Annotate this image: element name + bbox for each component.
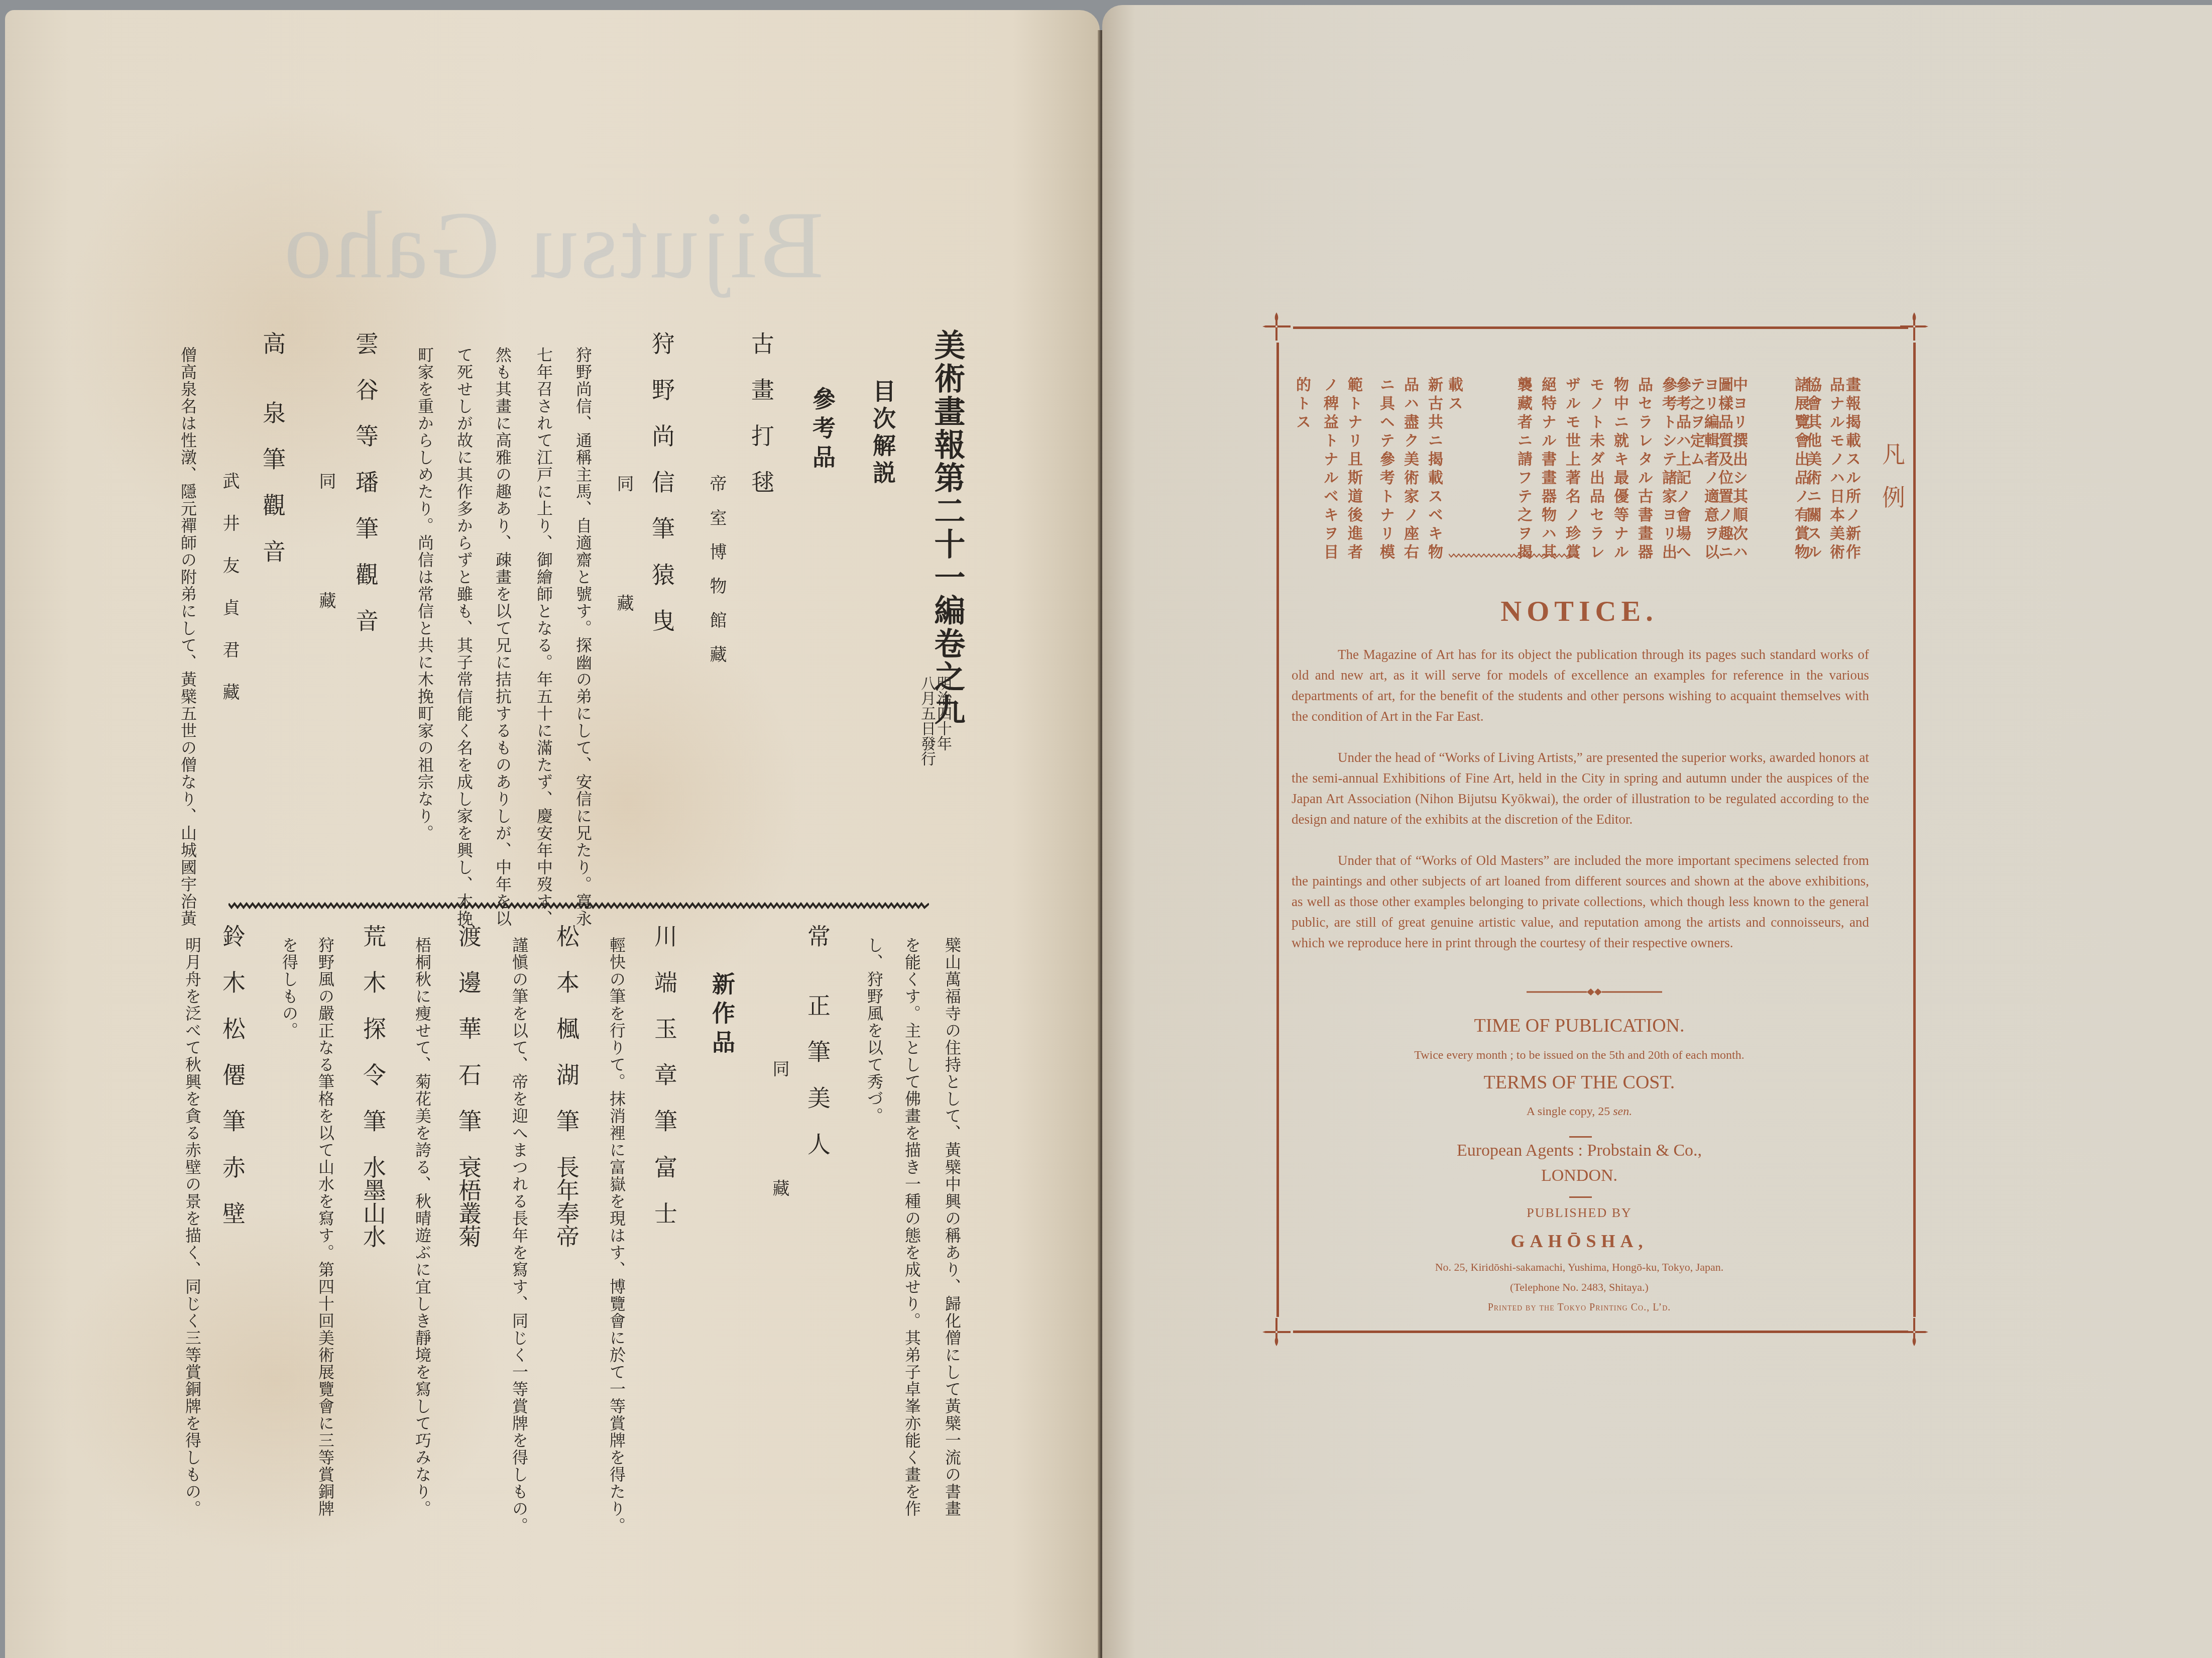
new-work-description: を得しもの。 [281,937,297,1039]
new-work-title: 荒 木 探 令 筆 水墨山水 [362,924,385,1248]
agents-line-2: LONDON. [1286,1166,1873,1185]
frame-top-rule [1293,326,1908,329]
contents-heading: 目次解説 [871,379,894,488]
hanrei-wavy-rule [1449,552,1579,559]
notice-paragraph: Under that of “Works of Old Masters” are… [1292,850,1869,953]
reference-item-owner: 同 藏 [317,472,334,609]
new-work-title: 松 本 楓 湖 筆 長年奉帝 [555,924,578,1248]
hanrei-column: 範トナリ且斯道後進者 [1346,377,1361,563]
hanrei-column: 畫報揭載スル所ノ新作 [1844,377,1859,563]
publication-heading: TIME OF PUBLICATION. [1286,1015,1873,1037]
frame-right-rule [1913,343,1916,1317]
notice-paragraph-text: Under that of “Works of Old Masters” are… [1292,853,1869,950]
hanrei-column: 載ス [1446,377,1461,414]
frame-bottom-rule [1293,1331,1908,1333]
hanrei-column: 新古共ニ揭載スベキ物 [1426,377,1441,563]
wavy-divider [228,902,929,910]
notice-title: NOTICE. [1286,594,1873,628]
cost-heading: TERMS OF THE COST. [1286,1071,1873,1093]
publisher-address: No. 25, Kiridōshi-sakamachi, Yushima, Ho… [1286,1261,1873,1274]
hanrei-column: 諸展覽會出品ノ有賞物 [1793,377,1808,563]
hanrei-column: ザルモ世上著名ノ珍賞 [1564,377,1579,563]
short-rule [1569,1136,1592,1138]
hanrei-column: 品ナルモノハ日本美術 [1828,377,1843,563]
paper-stain [60,100,512,552]
new-work-description: 輕快の筆を行りて。抹消裡に富嶽を現はす、博覽會に於て一等賞牌を得たり。 [609,937,625,1534]
hanrei-column: 襲藏者ニ請フテ之ヲ揭 [1516,377,1531,563]
hanrei-column: モノト未ダ出品セラレ [1588,377,1603,563]
reference-item-description: し、狩野風を以て秀づ。 [866,937,882,1125]
hanrei-column: 品ハ盡ク美術家ノ座右 [1402,377,1417,563]
new-work-description: 謹愼の筆を以て、帝を迎へまつれる長年を寫す、同じく一等賞牌を得しもの。 [511,937,527,1534]
reference-item-owner: 同 藏 [615,475,632,611]
new-works-section-heading: 新作品 [711,972,734,1059]
reference-item-title: 古 畫 打 毬 [750,331,773,493]
reference-item-description: 狩野尚信、通稱主馬、自適齋と號す。探幽の弟にして、安信に兄たり。寛永 [575,347,591,927]
reference-item-description: 僧高泉名は性潡、隱元禪師の附弟にして、黃檗五世の僧なり、山城國宇治黃 [180,347,196,927]
reference-item-description: 七年召されて江戸に上り、御繪師となる。年五十に滿たず、慶安年中歿す、 [536,347,552,927]
new-work-title: 鈴 木 松 僊 筆 赤 壁 [221,924,244,1225]
publisher-telephone: (Telephone No. 2483, Shitaya.) [1286,1281,1873,1294]
reference-item-description: 然も其畫に高雅の趣あり、疎畫を以て兄に拮抗するものありしが、中年を以 [495,347,511,927]
notice-paragraph-text: Under the head of “Works of Living Artis… [1292,750,1869,827]
hanrei-column: 物中ニ就キ最優等ナル [1612,377,1627,563]
show-through-text: Bijutsu Gaho [281,191,824,300]
published-by-label: PUBLISHED BY [1286,1205,1873,1221]
hanrei-column: 中ヨリ撰出シ其順次ハ [1731,377,1746,563]
reference-item-title: 高 泉 筆 觀 音 [261,331,284,563]
new-work-description: 梧桐秋に瘦せて、菊花美を誇る、秋晴遊ぶに宜しき靜境を寫して巧みなり。 [414,937,430,1517]
reference-item-description: て死せしが故に其作多からずと雖も、其子常信能く名を成し家を興し、木挽 [456,347,472,927]
reference-section-heading: 參考品 [811,387,834,474]
notice-paragraph: Under the head of “Works of Living Artis… [1292,747,1869,830]
frame-left-rule [1276,343,1279,1317]
paper-stain [50,1205,502,1557]
reference-item-description: を能くす。主として佛畫を描き一種の態を成せり。其弟子卓峯亦能く畫を作 [904,937,920,1517]
issue-date-line-1: 明治四十年 [935,676,950,751]
cost-text: A single copy, 25 sen. [1286,1105,1873,1119]
issue-title: 美術畫報第二十一編卷之九 [932,329,963,727]
publication-text: Twice every month ; to be issued on the … [1286,1049,1873,1062]
reference-item-owner: 同 藏 [771,1060,788,1196]
corner-ornament-icon [1261,311,1292,342]
reference-item-description: 町家を重からしめたり。尚信は常信と共に木挽町家の祖宗なり。 [417,347,433,842]
printer-credit: Printed by the Tokyo Printing Co., L’d. [1286,1302,1873,1313]
hanrei-column: 的トス [1294,377,1309,432]
new-work-description: 狩野風の嚴正なる筆格を以て山水を寫す。第四十回美術展覽會に三等賞銅牌 [317,937,333,1517]
reference-item-title: 雲 谷 等 璠 筆 觀 音 [354,331,377,632]
notice-paragraph-text: The Magazine of Art has for its object t… [1292,647,1869,724]
corner-ornament-icon [1899,1317,1929,1347]
corner-ornament-icon [1899,311,1929,342]
flourish-ornament-icon [1527,987,1662,997]
short-rule [1569,1196,1592,1198]
hanrei-title: 凡例 [1881,442,1904,528]
right-page [1102,5,2212,1658]
issue-date-line-2: 八月五日發行 [919,676,934,766]
new-work-title: 川 端 玉 章 筆 富 士 [653,924,676,1225]
new-work-title: 渡 邊 華 石 筆 衰梧叢菊 [457,924,480,1248]
cost-text-prefix: A single copy, 25 [1527,1105,1613,1118]
publisher-name: GAHŌSHA, [1286,1231,1873,1252]
hanrei-column: ノ稗益トナルベキヲ目 [1322,377,1337,563]
reference-item-title: 常 正 筆 美 人 [806,924,829,1155]
reference-item-owner: 帝 室 博 物 館 藏 [708,475,725,662]
hanrei-column: 絕特ナル書畫器物ハ其 [1540,377,1555,563]
reference-item-owner: 武 井 友 貞 君 藏 [221,472,238,704]
agents-line-1: European Agents : Probstain & Co., [1286,1141,1873,1160]
new-work-description: 明月舟を泛べて秋興を貪る赤壁の景を描く、同じく三等賞銅牌を得しもの。 [184,937,200,1517]
hanrei-column: 品セラレタル古書畫器 [1636,377,1651,563]
reference-item-title: 狩 野 尚 信 筆 猿 曳 [650,331,673,632]
reference-item-description: 檗山萬福寺の住持として、黃檗中興の稱あり、歸化僧にして黃檗一流の書畫 [944,937,960,1517]
corner-ornament-icon [1261,1317,1292,1347]
notice-paragraph: The Magazine of Art has for its object t… [1292,644,1869,727]
hanrei-column: 參考トシテ諸家ヨリ出 [1660,377,1675,563]
hanrei-column: ニ具ヘテ參考トナリ模 [1378,377,1393,563]
cost-unit: sen. [1613,1105,1632,1118]
